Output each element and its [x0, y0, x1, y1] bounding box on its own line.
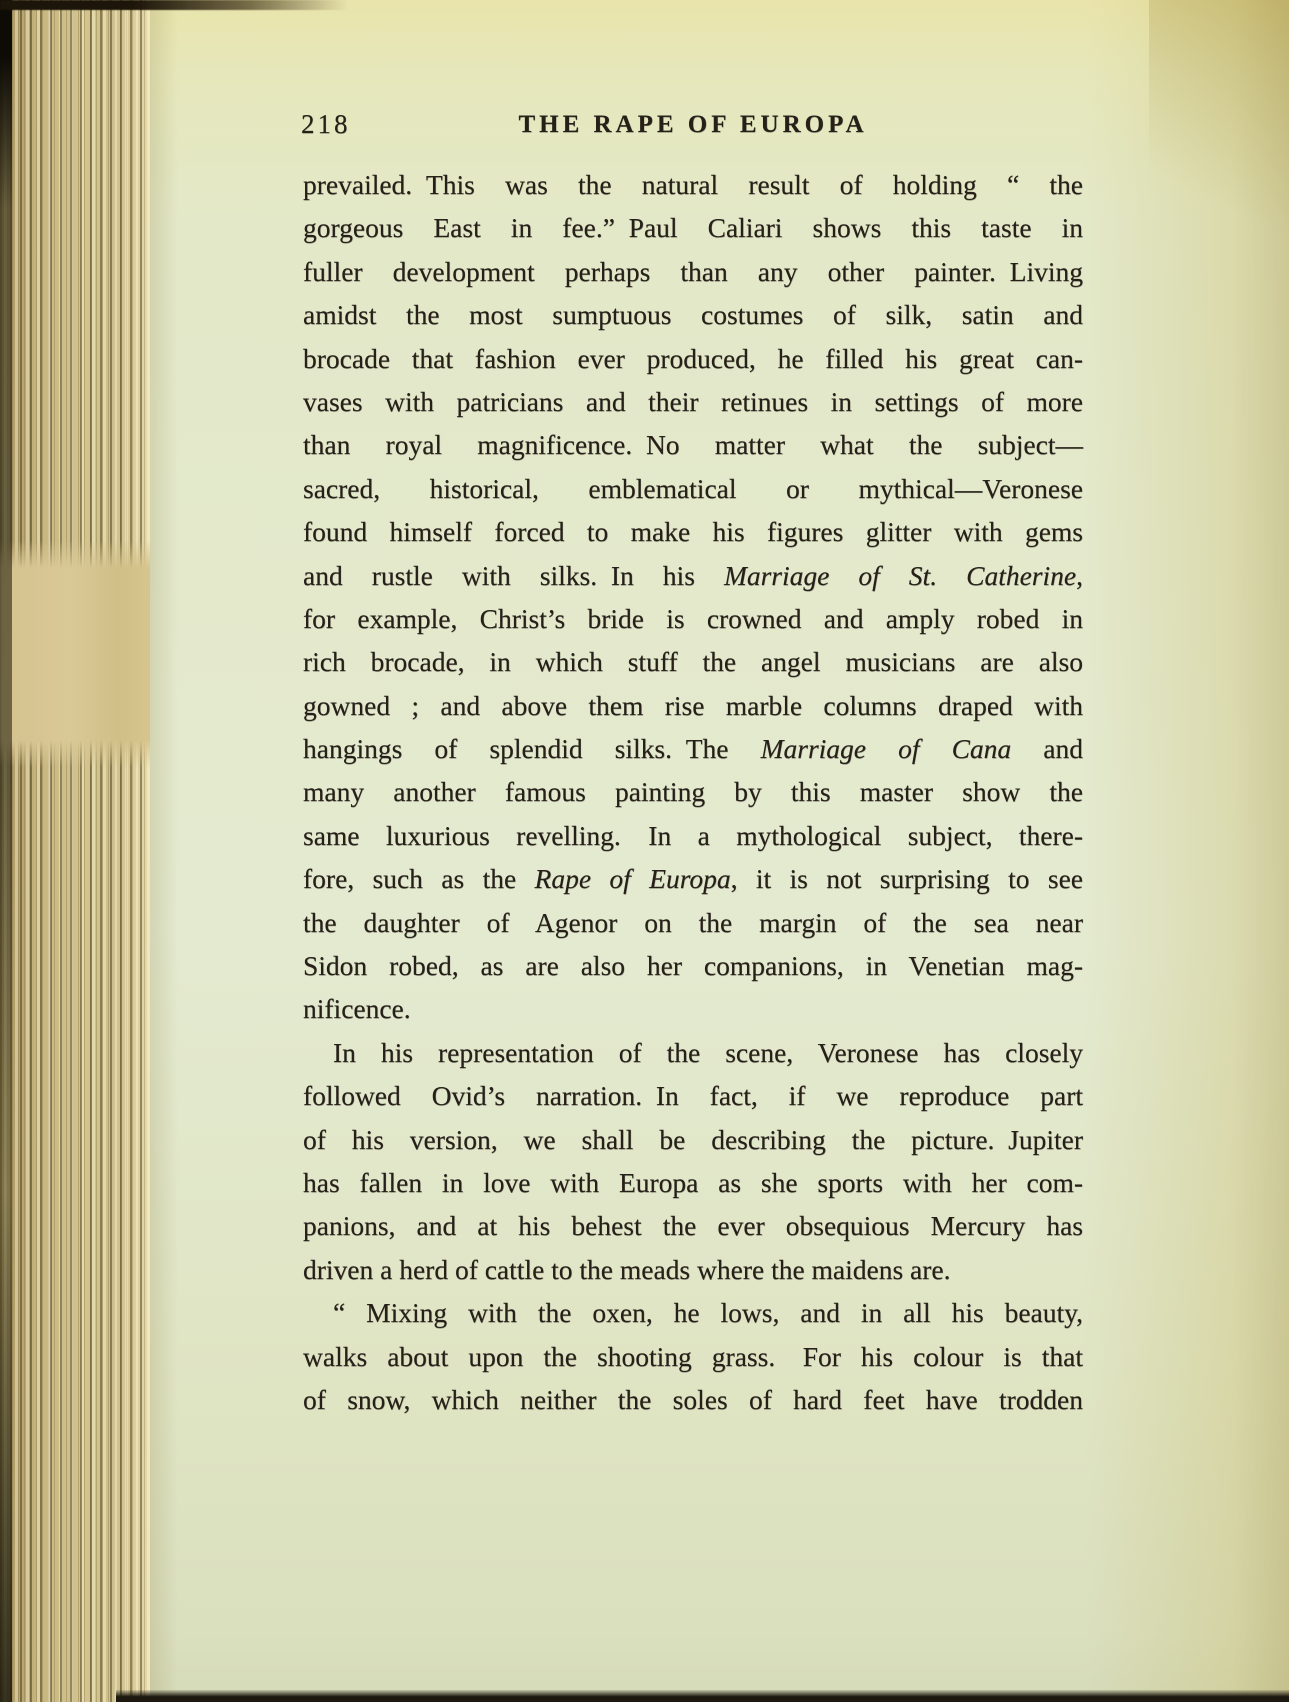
scan-root: { "page": { "number": "218", "running_ti… — [0, 0, 1289, 1702]
text-line: for example, Christ’s bride is crowned a… — [303, 597, 1083, 640]
text-line: rich brocade, in which stuff the angel m… — [303, 640, 1083, 683]
text-line: driven a herd of cattle to the meads whe… — [303, 1248, 1083, 1291]
page-corner-shade — [1149, 0, 1289, 320]
text-line: found himself forced to make his figures… — [303, 510, 1083, 553]
text-line: sacred, historical, emblematical or myth… — [303, 467, 1083, 510]
text-line: fore, such as the Rape of Europa, it is … — [303, 857, 1083, 900]
text-line: fuller development perhaps than any othe… — [303, 250, 1083, 293]
page-content: 218 THE RAPE OF EUROPA prevailed. This w… — [303, 100, 1083, 1421]
text-line: gorgeous East in fee.” Paul Caliari show… — [303, 206, 1083, 249]
running-title: THE RAPE OF EUROPA — [303, 111, 1083, 139]
text-line: amidst the most sumptuous costumes of si… — [303, 293, 1083, 336]
text-line: of his version, we shall be describing t… — [303, 1118, 1083, 1161]
text-line: In his representation of the scene, Vero… — [303, 1031, 1083, 1074]
text-line: the daughter of Agenor on the margin of … — [303, 901, 1083, 944]
text-line: walks about upon the shooting grass. For… — [303, 1335, 1083, 1378]
text-line: of snow, which neither the soles of hard… — [303, 1378, 1083, 1421]
book-page-edges — [0, 0, 152, 1702]
text-line: has fallen in love with Europa as she sp… — [303, 1161, 1083, 1204]
scan-top-shadow — [0, 0, 348, 10]
text-line: Sidon robed, as are also her companions,… — [303, 944, 1083, 987]
text-line: vases with patricians and their retinues… — [303, 380, 1083, 423]
text-line: hangings of splendid silks. The Marriage… — [303, 727, 1083, 770]
text-line: than royal magnificence. No matter what … — [303, 423, 1083, 466]
text-line: prevailed. This was the natural result o… — [303, 163, 1083, 206]
scan-left-shadow — [0, 0, 12, 1702]
text-lines: prevailed. This was the natural result o… — [303, 163, 1083, 1421]
text-line: many another famous painting by this mas… — [303, 770, 1083, 813]
text-line: panions, and at his behest the ever obse… — [303, 1204, 1083, 1247]
scan-bottom-shadow — [116, 1690, 1289, 1702]
page-header: 218 THE RAPE OF EUROPA — [303, 100, 1083, 163]
text-line: same luxurious revelling. In a mythologi… — [303, 814, 1083, 857]
text-line: “ Mixing with the oxen, he lows, and in … — [303, 1291, 1083, 1334]
text-line: followed Ovid’s narration. In fact, if w… — [303, 1074, 1083, 1117]
text-line: and rustle with silks. In his Marriage o… — [303, 554, 1083, 597]
text-line: brocade that fashion ever produced, he f… — [303, 337, 1083, 380]
book-scan: 218 THE RAPE OF EUROPA prevailed. This w… — [0, 0, 1289, 1702]
text-line: gowned ; and above them rise marble colu… — [303, 684, 1083, 727]
text-line: nificence. — [303, 987, 1083, 1030]
